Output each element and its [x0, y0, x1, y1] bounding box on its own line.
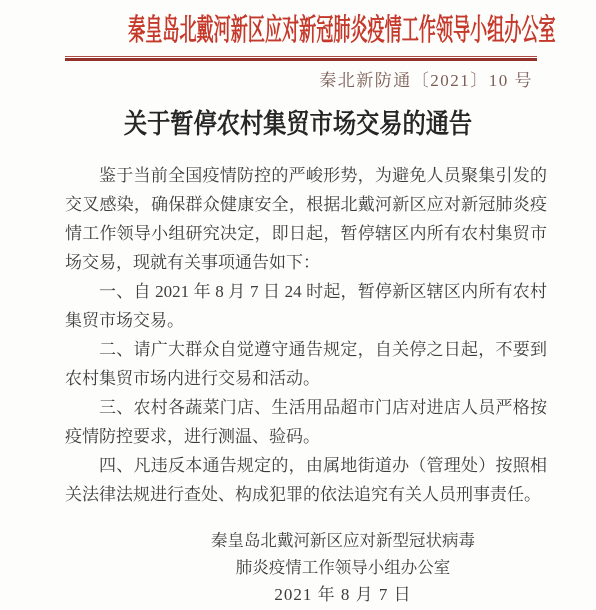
signature-block: 秦皇岛北戴河新区应对新型冠状病毒 肺炎疫情工作领导小组办公室 2021 年 8 … — [211, 527, 475, 608]
notice-body: 鉴于当前全国疫情防控的严峻形势，为避免人员聚集引发的交叉感染，确保群众健康安全，… — [65, 161, 547, 509]
red-divider-line — [65, 56, 537, 61]
signature-date: 2021 年 8 月 7 日 — [211, 581, 475, 608]
document-number: 秦北新防通〔2021〕10 号 — [0, 66, 533, 91]
paragraph-item-1: 一、自 2021 年 8 月 7 日 24 时起，暂停新区辖区内所有农村集贸市场… — [65, 277, 547, 335]
paragraph-preamble: 鉴于当前全国疫情防控的严峻形势，为避免人员聚集引发的交叉感染，确保群众健康安全，… — [65, 161, 547, 277]
notice-title: 关于暂停农村集贸市场交易的通告 — [42, 108, 555, 140]
signature-org-line-2: 肺炎疫情工作领导小组办公室 — [211, 554, 475, 581]
paragraph-item-2: 二、请广大群众自觉遵守通告规定，自关停之日起，不要到农村集贸市场内进行交易和活动… — [65, 335, 547, 393]
official-notice-document: 秦皇岛北戴河新区应对新冠肺炎疫情工作领导小组办公室 秦北新防通〔2021〕10 … — [0, 0, 596, 610]
issuing-org-masthead: 秦皇岛北戴河新区应对新冠肺炎疫情工作领导小组办公室 — [128, 14, 468, 48]
paragraph-item-3: 三、农村各蔬菜门店、生活用品超市门店对进店人员严格按疫情防控要求，进行测温、验码… — [65, 393, 547, 451]
signature-org-line-1: 秦皇岛北戴河新区应对新型冠状病毒 — [211, 527, 475, 554]
paragraph-item-4: 四、凡违反本通告规定的，由属地街道办（管理处）按照相关法律法规进行查处、构成犯罪… — [65, 451, 547, 509]
